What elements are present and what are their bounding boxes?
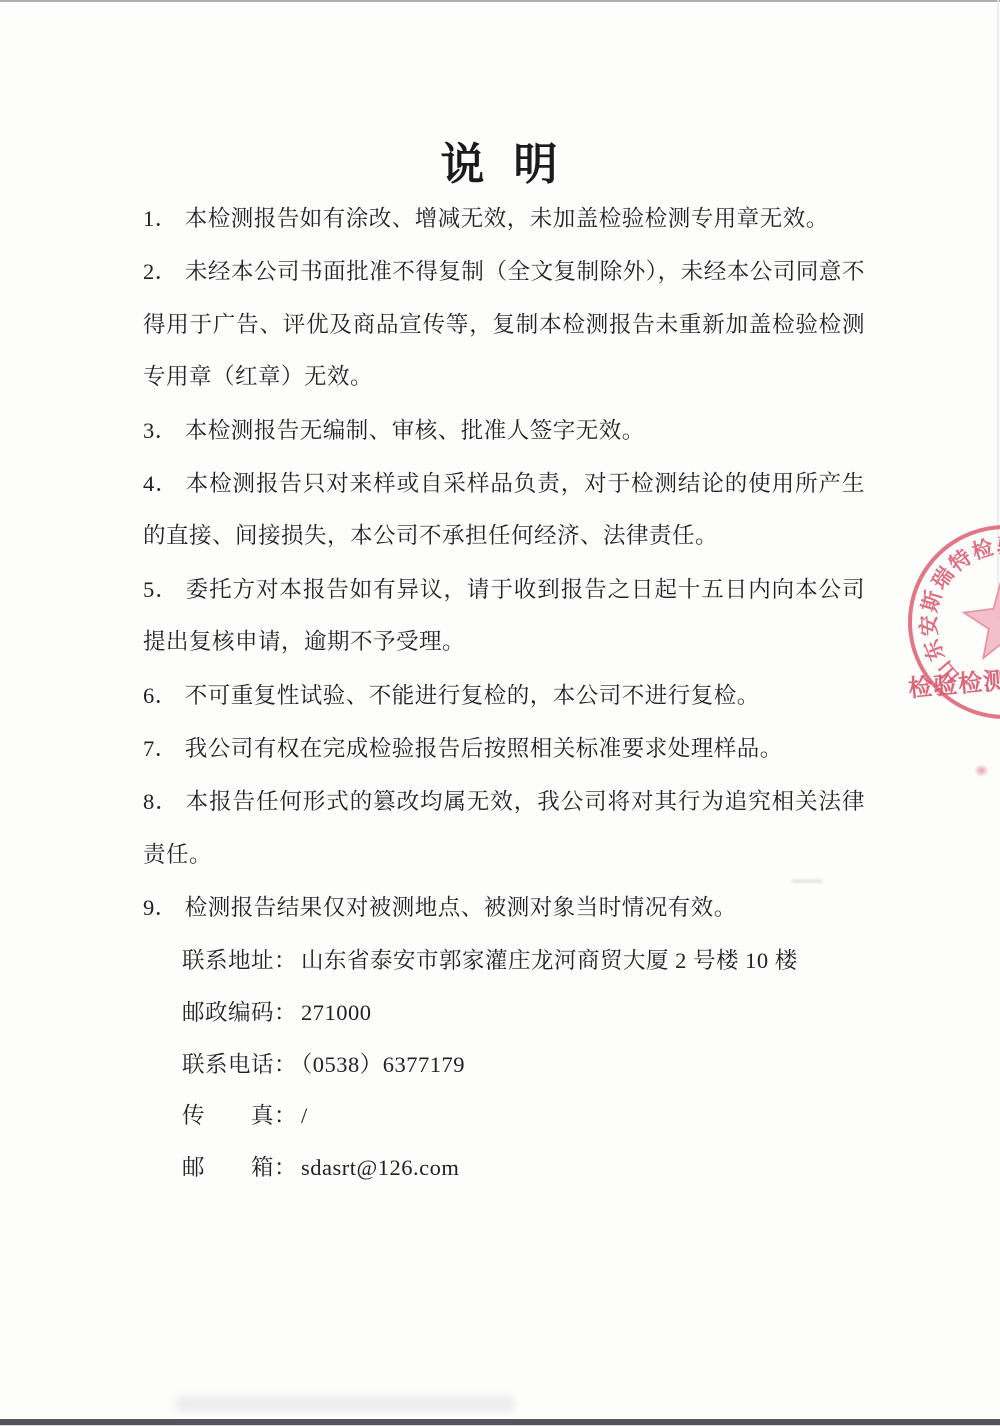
scan-smudge	[792, 879, 822, 883]
contact-value: （0538）6377179	[301, 1052, 465, 1077]
stamp-center-text: 检验检测专	[907, 658, 1000, 704]
note-number: 7．	[143, 736, 178, 761]
note-item-6: 6．不可重复性试验、不能进行复检的，本公司不进行复检。	[143, 670, 865, 722]
contact-postcode-row: 邮政编码：271000	[182, 987, 902, 1039]
star-icon	[957, 574, 1000, 669]
note-number: 3．	[143, 418, 178, 443]
note-item-3: 3．本检测报告无编制、审核、批准人签字无效。	[143, 405, 865, 457]
note-number: 6．	[143, 683, 178, 708]
contact-block: 联系地址：山东省泰安市郭家灌庄龙河商贸大厦 2 号楼 10 楼 邮政编码：271…	[182, 935, 902, 1194]
note-number: 4．	[143, 471, 179, 496]
notes-list: 1．本检测报告如有涂改、增减无效，未加盖检验检测专用章无效。 2．未经本公司书面…	[143, 193, 865, 936]
note-text: 本检测报告无编制、审核、批准人签字无效。	[185, 418, 645, 443]
contact-label: 联系地址：	[182, 948, 297, 973]
note-text: 本报告任何形式的篡改均属无效，我公司将对其行为追究相关法律责任。	[143, 789, 865, 866]
note-number: 9．	[143, 895, 178, 920]
note-item-9: 9．检测报告结果仅对被测地点、被测对象当时情况有效。	[143, 882, 865, 934]
note-text: 未经本公司书面批准不得复制（全文复制除外），未经本公司同意不得用于广告、评优及商…	[143, 259, 865, 389]
company-seal-stamp: 山 东 安 斯 瑞 特 检 验 检验检测专	[900, 517, 1000, 727]
note-item-1: 1．本检测报告如有涂改、增减无效，未加盖检验检测专用章无效。	[143, 193, 865, 245]
contact-label: 邮政编码：	[182, 1000, 297, 1025]
contact-fax-row: 传 真：/	[182, 1090, 902, 1142]
contact-phone-row: 联系电话：（0538）6377179	[182, 1039, 902, 1091]
note-item-4: 4．本检测报告只对来样或自采样品负责，对于检测结论的使用所产生的直接、间接损失，…	[143, 458, 865, 563]
note-number: 1．	[143, 206, 178, 231]
contact-address-row: 联系地址：山东省泰安市郭家灌庄龙河商贸大厦 2 号楼 10 楼	[182, 935, 902, 987]
contact-label: 邮 箱：	[182, 1155, 297, 1180]
note-number: 5．	[143, 577, 179, 602]
note-number: 2．	[143, 259, 178, 284]
note-text: 本检测报告只对来样或自采样品负责，对于检测结论的使用所产生的直接、间接损失，本公…	[143, 471, 865, 548]
note-text: 委托方对本报告如有异议，请于收到报告之日起十五日内向本公司提出复核申请，逾期不予…	[143, 577, 865, 654]
scanned-report-notes-page: 说 明 1．本检测报告如有涂改、增减无效，未加盖检验检测专用章无效。 2．未经本…	[0, 0, 1000, 1426]
contact-value: /	[301, 1103, 308, 1128]
stamp-arc-char: 斯	[918, 587, 945, 614]
note-item-2: 2．未经本公司书面批准不得复制（全文复制除外），未经本公司同意不得用于广告、评优…	[143, 246, 865, 403]
contact-label: 传 真：	[182, 1103, 297, 1128]
contact-email-row: 邮 箱：sdasrt@126.com	[182, 1142, 902, 1194]
contact-value: 271000	[301, 1000, 372, 1025]
note-text: 我公司有权在完成检验报告后按照相关标准要求处理样品。	[185, 736, 783, 761]
note-number: 8．	[143, 789, 179, 814]
stamp-arc-char: 检	[969, 536, 996, 563]
red-ink-speck	[974, 764, 989, 777]
note-item-7: 7．我公司有权在完成检验报告后按照相关标准要求处理样品。	[143, 723, 865, 775]
scan-edge-top	[0, 0, 1000, 2]
contact-label: 联系电话：	[182, 1052, 297, 1077]
note-text: 检测报告结果仅对被测地点、被测对象当时情况有效。	[185, 895, 737, 920]
note-text: 本检测报告如有涂改、增减无效，未加盖检验检测专用章无效。	[185, 206, 829, 231]
note-item-8: 8．本报告任何形式的篡改均属无效，我公司将对其行为追究相关法律责任。	[143, 776, 865, 881]
note-text: 不可重复性试验、不能进行复检的，本公司不进行复检。	[185, 683, 760, 708]
scan-smudge-bottom	[175, 1396, 515, 1412]
contact-value: 山东省泰安市郭家灌庄龙河商贸大厦 2 号楼 10 楼	[301, 948, 798, 973]
page-title: 说 明	[0, 128, 1000, 192]
stamp-arc-char: 安	[918, 614, 941, 637]
stamp-arc-char: 验	[996, 535, 1000, 558]
contact-value: sdasrt@126.com	[301, 1155, 459, 1180]
note-item-5: 5．委托方对本报告如有异议，请于收到报告之日起十五日内向本公司提出复核申请，逾期…	[143, 564, 865, 669]
